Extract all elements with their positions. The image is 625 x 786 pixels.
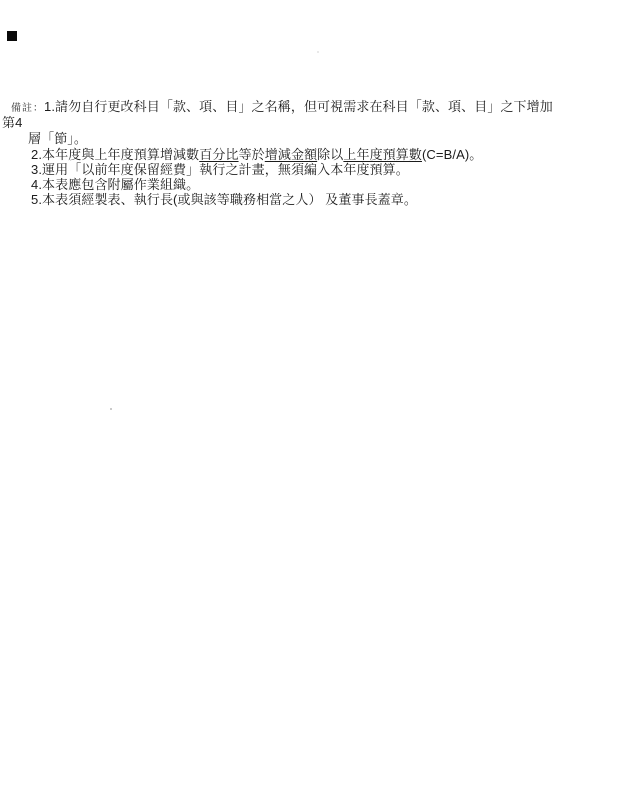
note-2-underlined-amount: 增減金額 xyxy=(265,147,317,162)
note-2-formula: (C=B/A)。 xyxy=(422,147,482,162)
notes-line-1: 備註：1.請勿自行更改科目「款、項、目」之名稱，但可視需求在科目「款、項、目」之… xyxy=(11,100,553,116)
note-1-text: 1.請勿自行更改科目「款、項、目」之名稱，但可視需求在科目「款、項、目」之下增加 xyxy=(44,99,553,114)
note-2-seg1: 2.本年度與上年度預算增減數 xyxy=(31,147,199,162)
scan-speck xyxy=(317,51,319,53)
scan-artifact-square xyxy=(7,31,17,41)
note-1-overflow: 第4 xyxy=(2,116,22,130)
note-2-underlined-percentage: 百分比 xyxy=(199,147,238,162)
note-5: 5.本表須經製表、執行長(或與該等職務相當之人） 及董事長蓋章。 xyxy=(31,193,417,207)
note-2: 2.本年度與上年度預算增減數百分比等於增減金額除以上年度預算數(C=B/A)。 xyxy=(31,148,482,162)
notes-label: 備註： xyxy=(11,103,44,114)
scanned-document-page: 備註：1.請勿自行更改科目「款、項、目」之名稱，但可視需求在科目「款、項、目」之… xyxy=(0,0,625,786)
scan-speck xyxy=(110,408,112,410)
note-2-seg3: 等於 xyxy=(239,147,265,162)
note-2-underlined-prior-budget: 上年度預算數 xyxy=(343,147,422,162)
note-4: 4.本表應包含附屬作業組織。 xyxy=(31,178,199,192)
note-2-seg5: 除以 xyxy=(317,147,343,162)
note-1-continuation: 層「節」。 xyxy=(28,132,87,146)
note-3: 3.運用「以前年度保留經費」執行之計畫，無須編入本年度預算。 xyxy=(31,163,409,177)
